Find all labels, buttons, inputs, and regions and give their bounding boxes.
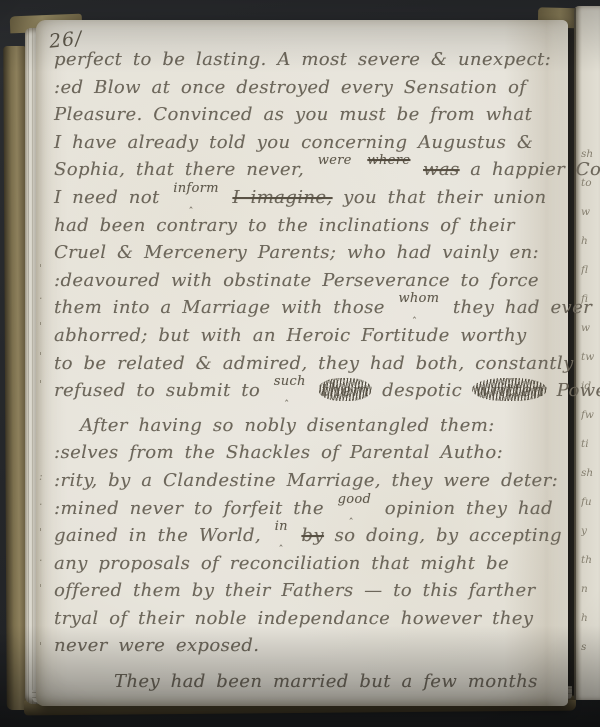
handwritten-text: them into a Marriage with those	[54, 297, 385, 318]
next-page-fragment: th	[581, 554, 600, 570]
manuscript-line: abhorred; but with an Heroic Fortitude w…	[54, 322, 564, 350]
handwritten-text: :selves from the Shackles of Parental Au…	[54, 442, 503, 463]
handwritten-text: I need not	[54, 187, 160, 208]
manuscript-photo: shtowhflfiwtwidfwtishfuythnhs 26/ '·''':…	[0, 0, 600, 727]
handwritten-text: never were exposed.	[54, 635, 259, 656]
margin-mark: '	[39, 262, 42, 275]
manuscript-line: Sophia, that there never, were where was…	[54, 156, 564, 184]
handwritten-text: refused to submit to	[54, 380, 260, 401]
manuscript-line: offered them by their Fathers — to this …	[54, 577, 564, 605]
handwritten-text: perfect to be lasting. A most severe & u…	[54, 49, 551, 70]
next-page-fragment: w	[581, 206, 600, 222]
manuscript-text: perfect to be lasting. A most severe & u…	[54, 46, 564, 696]
next-page-fragment: fw	[581, 409, 600, 425]
inserted-word: in‸	[275, 513, 288, 541]
next-page-fragment: fl	[581, 264, 600, 280]
handwritten-text: They had been married but a few months	[114, 671, 538, 692]
margin-mark: '	[39, 350, 42, 363]
margin-mark: '	[39, 378, 42, 391]
handwritten-text: :ed Blow at once destroyed every Sensati…	[54, 77, 526, 98]
caret-mark: ‸	[349, 501, 353, 529]
inserted-word: good‸	[338, 486, 372, 514]
struck-word: I imagine,	[232, 187, 332, 208]
next-page-fragment: s	[581, 641, 600, 657]
manuscript-line: After having so nobly disentangled them:	[54, 412, 564, 440]
handwritten-text: despotic	[382, 380, 462, 401]
next-page-fragment: tw	[581, 351, 600, 367]
struck-word: was	[423, 159, 460, 180]
manuscript-line: :mined never to forfeit the good‸ opinio…	[54, 495, 564, 523]
margin-mark: '	[39, 582, 42, 595]
manuscript-line: gained in the World, in‸ by so doing, by…	[54, 522, 564, 550]
next-page-fragment: fu	[581, 496, 600, 512]
handwritten-text: they had ever	[453, 297, 592, 318]
handwritten-text: so doing, by accepting	[335, 525, 562, 546]
handwritten-text: to be related & admired, they had both, …	[54, 353, 574, 374]
handwritten-text: you that their union	[343, 187, 546, 208]
inserted-word: inform‸	[173, 175, 219, 203]
handwritten-text: :deavoured with obstinate Perseverance t…	[54, 270, 539, 291]
handwritten-text: opinion they had	[385, 498, 553, 519]
scribbled-deletion: written	[475, 377, 544, 405]
next-page-fragment: ti	[581, 438, 600, 454]
next-page-fragment: n	[581, 583, 600, 599]
manuscript-line: them into a Marriage with those whom‸ th…	[54, 294, 564, 322]
handwritten-text: :rity, by a Clandestine Marriage, they w…	[54, 470, 558, 491]
manuscript-line: had been contrary to the inclinations of…	[54, 212, 564, 240]
next-page-fragment: h	[581, 235, 600, 251]
manuscript-line: I have already told you concerning Augus…	[54, 129, 564, 157]
next-page-fragment: h	[581, 612, 600, 628]
handwritten-text: had been contrary to the inclinations of…	[54, 215, 515, 236]
manuscript-line: perfect to be lasting. A most severe & u…	[54, 46, 564, 74]
manuscript-line: tryal of their noble independance howeve…	[54, 605, 564, 633]
paragraph: They had been married but a few months	[54, 668, 564, 696]
caret-mark: ‸	[413, 300, 417, 328]
margin-mark: '	[39, 320, 42, 333]
margin-mark: ·	[39, 498, 43, 511]
paragraph: After having so nobly disentangled them:…	[54, 412, 564, 660]
next-page-fragment: w	[581, 322, 600, 338]
paragraph: perfect to be lasting. A most severe & u…	[54, 46, 564, 405]
caret-mark: ‸	[279, 528, 283, 556]
margin-mark: :	[39, 470, 43, 483]
margin-marks: '·''':·'·''	[39, 20, 51, 706]
struck-word: by	[301, 525, 324, 546]
handwritten-text: a happier Couple,	[470, 159, 600, 180]
manuscript-line: I need not inform‸ I imagine, you that t…	[54, 184, 564, 212]
margin-mark: ·	[39, 292, 43, 305]
handwritten-text: gained in the World,	[54, 525, 261, 546]
inserted-word: were	[318, 147, 352, 175]
manuscript-line: :selves from the Shackles of Parental Au…	[54, 439, 564, 467]
manuscript-page: 26/ '·''':·'·'' perfect to be lasting. A…	[36, 20, 568, 706]
caret-mark: ‸	[189, 190, 193, 218]
handwritten-text: Cruel & Mercenery Parents; who had vainl…	[54, 242, 539, 263]
inserted-word: whom‸	[398, 285, 439, 313]
margin-mark: '	[39, 640, 42, 653]
next-page-fragment: y	[581, 525, 600, 541]
handwritten-text: Power.	[557, 380, 600, 401]
manuscript-line: to be related & admired, they had both, …	[54, 350, 564, 378]
handwritten-text: abhorred; but with an Heroic Fortitude w…	[54, 325, 527, 346]
handwritten-text: Pleasure. Convinced as you must be from …	[54, 104, 532, 125]
margin-mark: ·	[39, 554, 43, 567]
handwritten-text: After having so nobly disentangled them:	[80, 415, 495, 436]
handwritten-text: any proposals of reconciliation that mig…	[54, 553, 509, 574]
handwritten-text: offered them by their Fathers — to this …	[54, 580, 536, 601]
manuscript-line: Cruel & Mercenery Parents; who had vainl…	[54, 239, 564, 267]
handwritten-text: tryal of their noble independance howeve…	[54, 608, 533, 629]
manuscript-line: any proposals of reconciliation that mig…	[54, 550, 564, 578]
next-page-fragment: sh	[581, 467, 600, 483]
margin-mark: '	[39, 526, 42, 539]
manuscript-line: :ed Blow at once destroyed every Sensati…	[54, 74, 564, 102]
manuscript-line: :deavoured with obstinate Perseverance t…	[54, 267, 564, 295]
manuscript-line: :rity, by a Clandestine Marriage, they w…	[54, 467, 564, 495]
caret-mark: ‸	[285, 383, 289, 411]
next-page-edge: shtowhflfiwtwidfwtishfuythnhs	[574, 6, 600, 700]
manuscript-line: They had been married but a few months	[54, 668, 564, 696]
manuscript-line: refused to submit to such‸ them despotic…	[54, 377, 564, 405]
scribbled-deletion: them	[321, 377, 369, 405]
handwritten-text: I have already told you concerning Augus…	[54, 132, 533, 153]
inserted-word: such‸	[274, 368, 306, 396]
manuscript-line: Pleasure. Convinced as you must be from …	[54, 101, 564, 129]
manuscript-line: never were exposed.	[54, 632, 564, 660]
struck-inserted-word: where	[367, 147, 410, 175]
